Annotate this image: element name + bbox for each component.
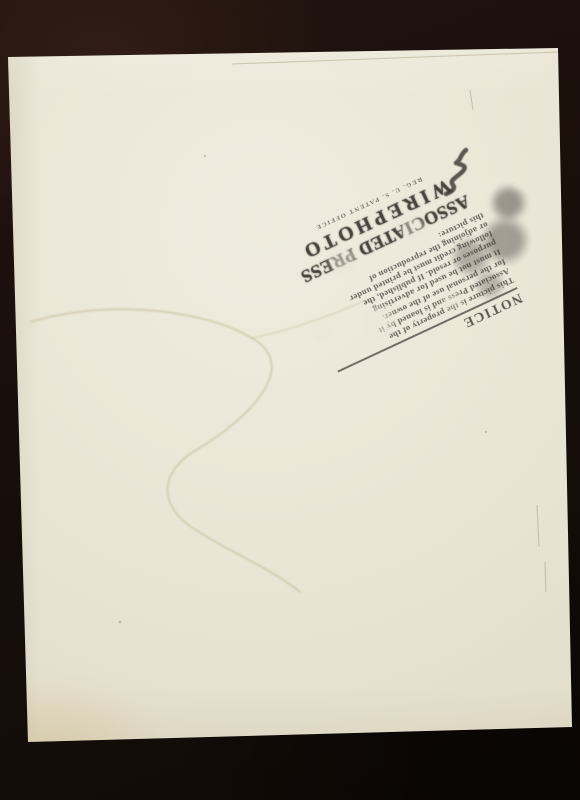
edge-scratch bbox=[470, 90, 546, 592]
water-stain-mark bbox=[30, 309, 300, 592]
photo-paper-back: NOTICE This picture is the property of t… bbox=[0, 0, 580, 800]
paper-marks bbox=[0, 0, 580, 800]
paper-speck bbox=[119, 621, 122, 624]
top-crease bbox=[232, 52, 558, 64]
paper-speck bbox=[204, 155, 206, 157]
photo-verso-scene: NOTICE This picture is the property of t… bbox=[0, 0, 580, 800]
paper-speck bbox=[485, 431, 487, 433]
